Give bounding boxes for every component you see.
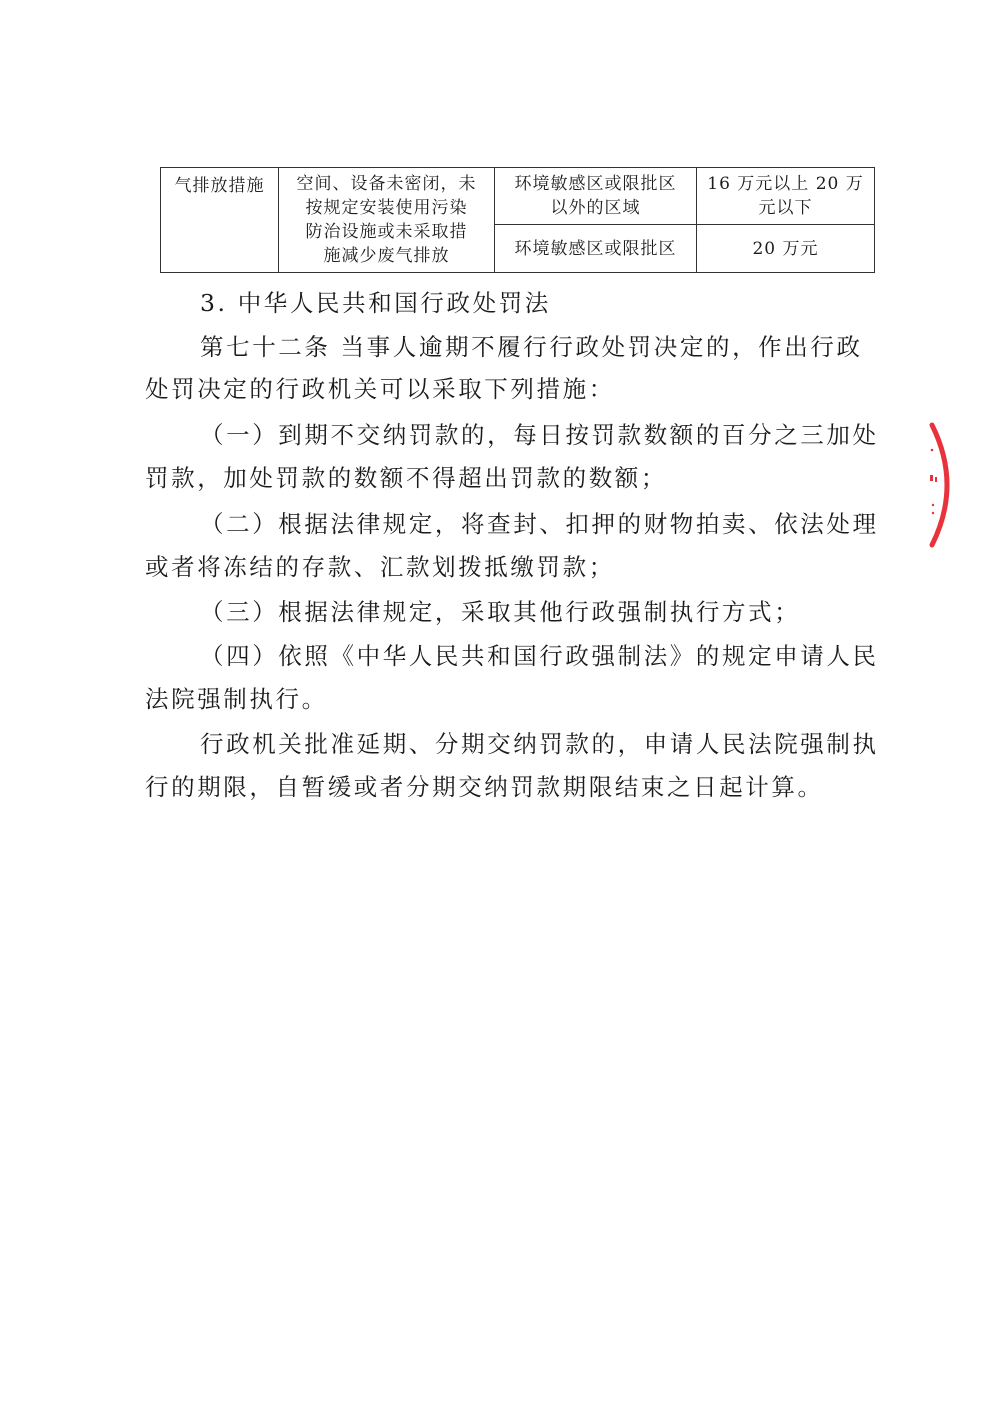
cell-text: 16 万元以上 20 万 [697,172,874,196]
cell-text: 元以下 [697,196,874,220]
paragraph-line: 行的期限，自暂缓或者分期交纳罚款期限结束之日起计算。 [145,768,824,802]
table-cell-category: 气排放措施 [161,168,279,273]
paragraph-line: （二）根据法律规定，将查封、扣押的财物拍卖、依法处理 [200,505,879,539]
cell-text: 按规定安装使用污染 [279,196,494,220]
paragraph-line: 行政机关批准延期、分期交纳罚款的，申请人民法院强制执 [200,725,879,759]
red-seal-stamp-icon [920,420,960,550]
paragraph-line: 处罚决定的行政机关可以采取下列措施： [145,370,615,404]
section-heading: 3. 中华人民共和国行政处罚法 [200,284,551,318]
table-cell-fine: 20 万元 [697,225,875,273]
cell-text: 施减少废气排放 [279,244,494,268]
cell-text: 环境敏感区或限批区 [495,172,696,196]
paragraph-line: 法院强制执行。 [145,680,328,714]
paragraph-line: 第七十二条 当事人逾期不履行行政处罚决定的，作出行政 [200,328,863,362]
cell-text: 环境敏感区或限批区 [495,237,696,261]
table-cell-fine: 16 万元以上 20 万 元以下 [697,168,875,225]
cell-text: 气排放措施 [175,176,265,196]
cell-text: 20 万元 [697,237,874,261]
paragraph-line: （三）根据法律规定，采取其他行政强制执行方式； [200,593,800,627]
document-page: 气排放措施 空间、设备未密闭，未 按规定安装使用污染 防治设施或未采取措 施减少… [0,0,1000,1414]
table-cell-area: 环境敏感区或限批区 [495,225,697,273]
table-row: 气排放措施 空间、设备未密闭，未 按规定安装使用污染 防治设施或未采取措 施减少… [161,168,875,225]
penalty-table: 气排放措施 空间、设备未密闭，未 按规定安装使用污染 防治设施或未采取措 施减少… [160,167,875,273]
cell-text: 防治设施或未采取措 [279,220,494,244]
paragraph-line: （四）依照《中华人民共和国行政强制法》的规定申请人民 [200,637,879,671]
cell-text: 空间、设备未密闭，未 [279,172,494,196]
paragraph-line: （一）到期不交纳罚款的，每日按罚款数额的百分之三加处 [200,416,879,450]
paragraph-line: 罚款，加处罚款的数额不得超出罚款的数额； [145,459,667,493]
table-cell-area: 环境敏感区或限批区 以外的区域 [495,168,697,225]
cell-text: 以外的区域 [495,196,696,220]
paragraph-line: 或者将冻结的存款、汇款划拨抵缴罚款； [145,548,615,582]
table-cell-violation: 空间、设备未密闭，未 按规定安装使用污染 防治设施或未采取措 施减少废气排放 [279,168,495,273]
